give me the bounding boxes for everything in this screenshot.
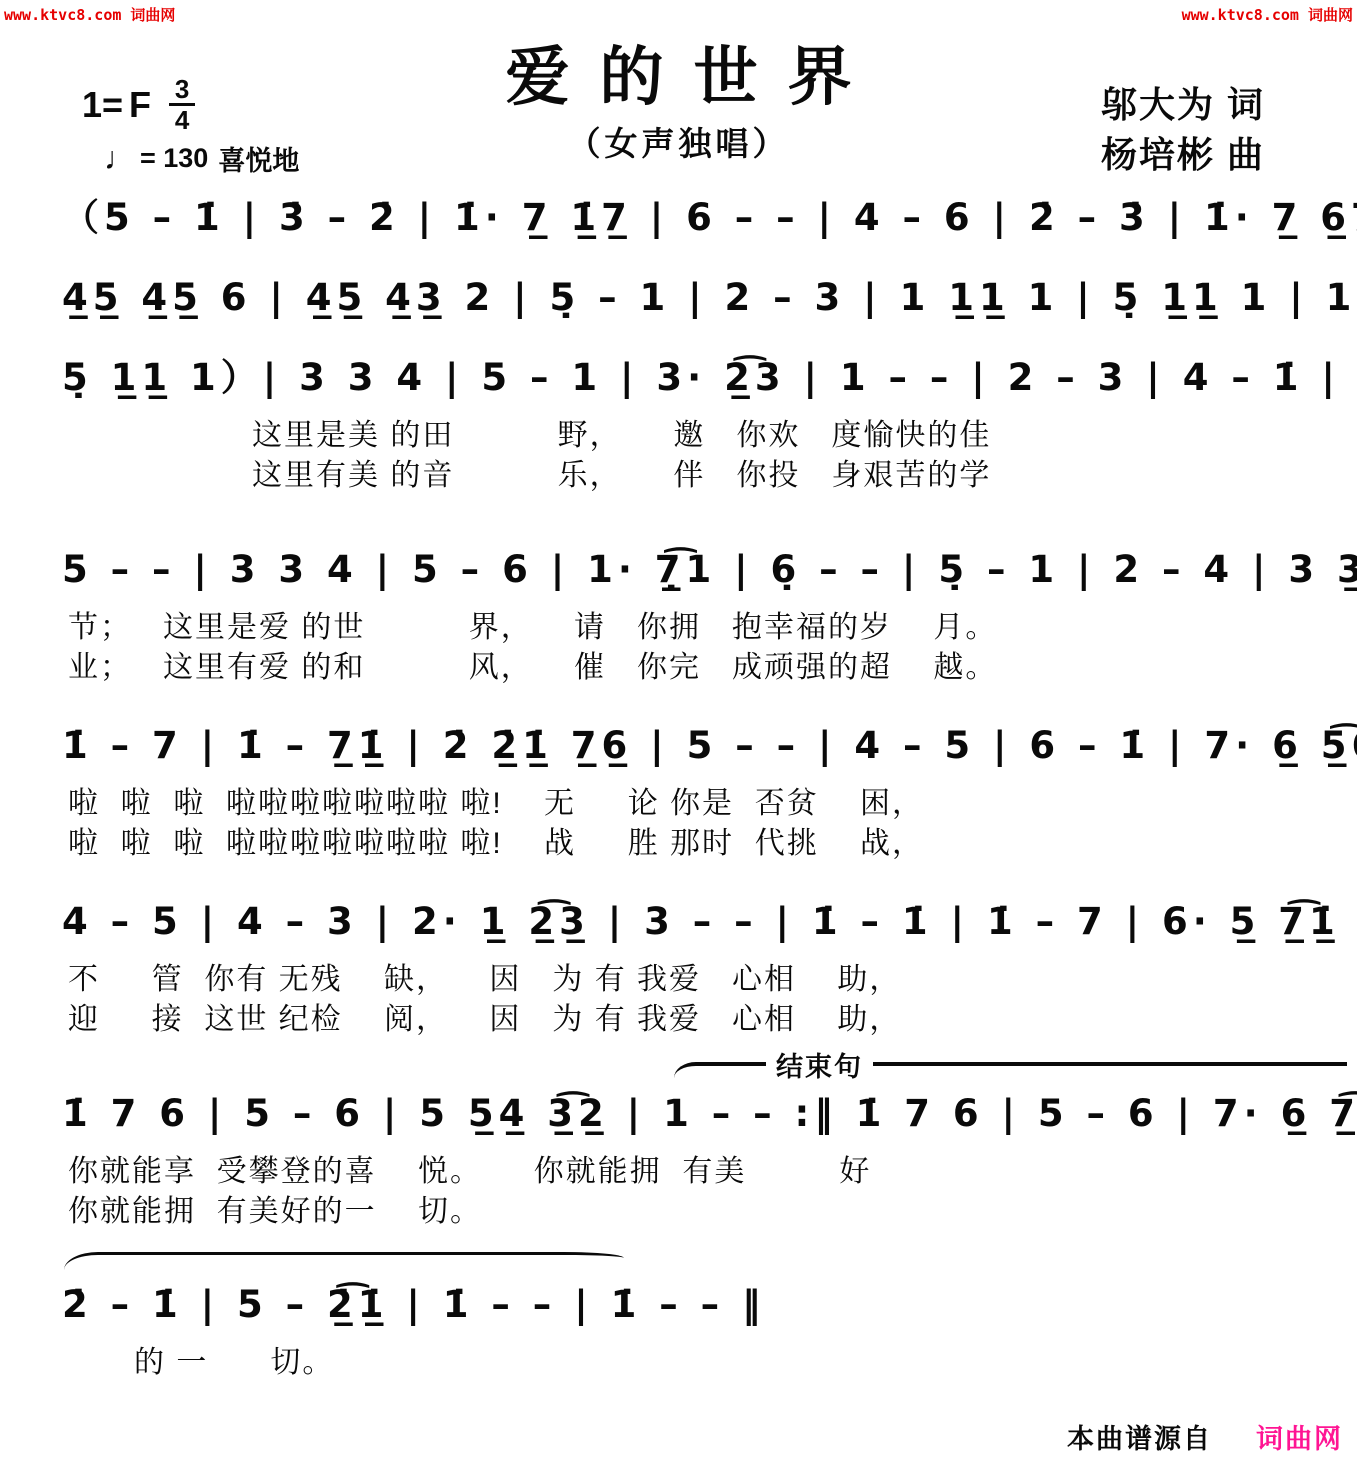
music-line-4: 5 – – | 3 3 4 | 5 – 6 | 1· 7̣̲͡1 | 6̣ – … [62, 538, 1347, 602]
lyricist-credit: 邬大为 词 [1101, 80, 1265, 130]
music-line-6: 4 – 5 | 4 – 3 | 2· 1̲ 2̲͡3̲ | 3 – – | 1̇… [62, 890, 1347, 954]
coda-bracket: 结束句 [674, 1052, 1347, 1082]
composer-credit: 杨培彬 曲 [1101, 130, 1265, 180]
time-numerator: 3 [175, 76, 189, 102]
music-line-3: 5̣ 1̲1̲ 1）| 3 3 4 | 5 – 1 | 3· 2̲͡3 | 1 … [62, 346, 1347, 410]
time-denominator: 4 [175, 107, 189, 133]
source-site-name: 词曲网 [1256, 1417, 1343, 1456]
lyric-line-verse1: 这里是美 的田 野， 邀 你欢 度愉快的佳 [62, 416, 1347, 456]
music-line-7: 1̇ 7 6 | 5 – 6 | 5 5̲4̲ 3̲͡2̲ | 1 – – :‖… [62, 1082, 1347, 1146]
lyric-line-verse1: 你就能享 受攀登的喜 悦。 你就能拥 有美 好 [62, 1152, 1347, 1192]
key-signature: 1= F 3 4 [82, 76, 299, 133]
lyric-line-verse1: 节； 这里是爱 的世 界， 请 你拥 抱幸福的岁 月。 [62, 608, 1347, 648]
source-prefix: 本曲谱源自 [1067, 1417, 1212, 1456]
quarter-note-icon: ♩ [104, 140, 136, 177]
lyric-line-verse1: 啦 啦 啦 啦啦啦啦啦啦啦 啦! 无 论 你是 否贫 困， [62, 784, 1347, 824]
credits-block: 邬大为 词 杨培彬 曲 [1101, 80, 1265, 180]
tempo-marking: ♩ = 130 喜悦地 [104, 139, 299, 178]
lyric-line-verse2: 这里有美 的音 乐， 伴 你投 身艰苦的学 [62, 456, 1347, 496]
music-line-8: 2̇ – 1̇ | 5 – 2̲̇͡1̲̇ | 1̇ – – | 1̇ – – … [62, 1273, 1347, 1337]
lyric-line-verse2: 你就能拥 有美好的一 切。 [62, 1192, 1347, 1232]
key-prefix: 1= [82, 84, 123, 126]
tempo-value: = 130 [140, 143, 208, 174]
song-sheet-page: www.ktvc8.com 词曲网 www.ktvc8.com 词曲网 爱的世界… [0, 0, 1357, 1472]
music-line-5: 1̇ – 7 | 1̇ – 7̲1̲̇ | 2̇ 2̲̇1̲̇ 7̲6̲ | 5… [62, 714, 1347, 778]
score-header: 爱的世界 （女声独唱） 1= F 3 4 ♩ = 130 喜悦地 邬大为 词 杨… [0, 0, 1357, 186]
coda-label: 结束句 [766, 1052, 873, 1082]
tempo-mood: 喜悦地 [218, 139, 299, 178]
lyric-line-verse2: 业； 这里有爱 的和 风， 催 你完 成顽强的超 越。 [62, 648, 1347, 688]
lyric-line-verse2: 迎 接 这世 纪检 阅， 因 为 有 我爱 心相 助， [62, 1000, 1347, 1040]
coda-bracket-hook [674, 1062, 766, 1082]
music-line-2: 4̲5̲ 4̲5̲ 6 | 4̲5̲ 4̲3̲ 2 | 5̣ – 1 | 2 –… [62, 266, 1347, 330]
source-credit: 本曲谱源自 词曲网 [1067, 1417, 1343, 1456]
lyric-line-verse1: 不 管 你有 无残 缺， 因 为 有 我爱 心相 助， [62, 960, 1347, 1000]
key-tempo-block: 1= F 3 4 ♩ = 130 喜悦地 [82, 76, 299, 178]
music-line-1: （5 – 1̇ | 3̇ – 2̇ | 1̇· 7̲ 1̲̇7̲ | 6 – –… [62, 186, 1347, 250]
time-signature: 3 4 [169, 76, 195, 133]
lyric-line-final: 的 一 切。 [62, 1343, 1347, 1383]
score-body: （5 – 1̇ | 3̇ – 2̇ | 1̇· 7̲ 1̲̇7̲ | 6 – –… [0, 186, 1357, 1383]
key-letter: F [129, 84, 151, 126]
phrase-slur [64, 1252, 624, 1273]
coda-bracket-line [873, 1062, 1347, 1082]
lyric-line-verse2: 啦 啦 啦 啦啦啦啦啦啦啦 啦! 战 胜 那时 代挑 战， [62, 824, 1347, 864]
